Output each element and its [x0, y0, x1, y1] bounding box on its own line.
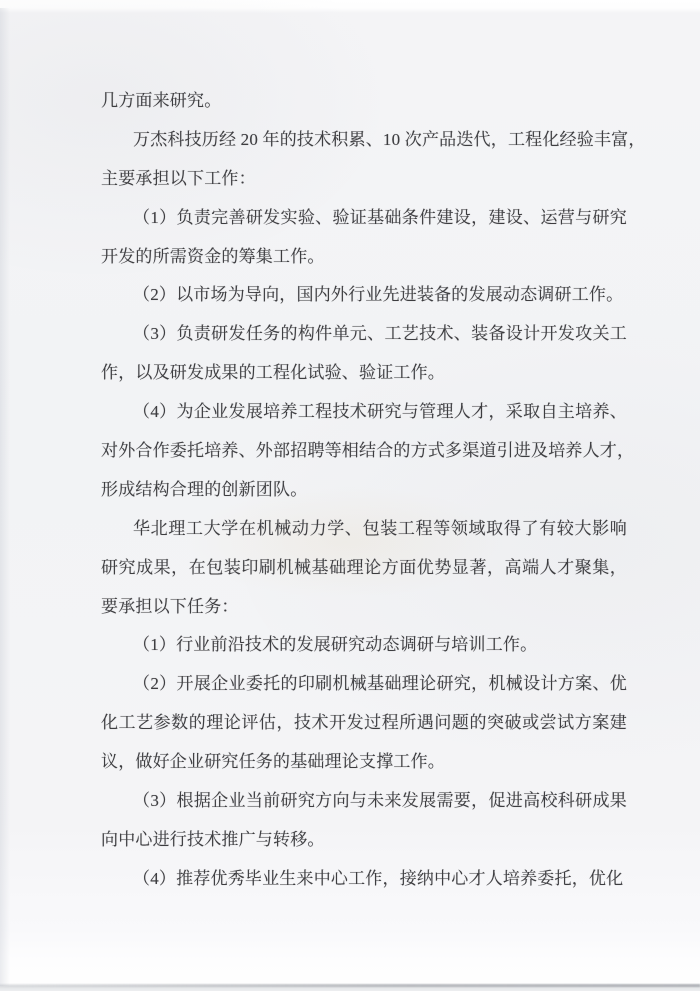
- paper-left-edge-shadow: [0, 8, 10, 986]
- paper-bottom-edge-shadow: [0, 984, 700, 987]
- text-line: 化工艺参数的理论评估，技术开发过程所遇问题的突破或尝试方案建: [101, 704, 627, 743]
- text-line: 研究成果，在包装印刷机械基础理论方面优势显著，高端人才聚集，主: [101, 549, 627, 588]
- text-line: 开发的所需资金的筹集工作。: [101, 238, 627, 277]
- text-line: （4）为企业发展培养工程技术研究与管理人才，采取自主培养、: [101, 393, 627, 432]
- text-line: 万杰科技历经 20 年的技术积累、10 次产品迭代，工程化经验丰富，: [101, 121, 627, 160]
- text-line: 主要承担以下工作：: [101, 160, 627, 199]
- text-line: 形成结构合理的创新团队。: [101, 471, 627, 510]
- text-line: （3）负责研发任务的构件单元、工艺技术、装备设计开发攻关工: [101, 315, 627, 354]
- text-line: （4）推荐优秀毕业生来中心工作，接纳中心才人培养委托，优化: [101, 860, 627, 899]
- text-line: 向中心进行技术推广与转移。: [101, 821, 627, 860]
- text-line: 议，做好企业研究任务的基础理论支撑工作。: [101, 743, 627, 782]
- text-line: （1）负责完善研发实验、验证基础条件建设，建设、运营与研究: [101, 199, 627, 238]
- text-line: 几方面来研究。: [101, 82, 627, 121]
- text-line: 作，以及研发成果的工程化试验、验证工作。: [101, 354, 627, 393]
- text-line: 华北理工大学在机械动力学、包装工程等领域取得了有较大影响的: [101, 510, 627, 549]
- text-line: （1）行业前沿技术的发展研究动态调研与培训工作。: [101, 626, 627, 665]
- text-line: 对外合作委托培养、外部招聘等相结合的方式多渠道引进及培养人才，: [101, 432, 627, 471]
- scanned-document-page: 几方面来研究。 万杰科技历经 20 年的技术积累、10 次产品迭代，工程化经验丰…: [0, 0, 700, 991]
- text-line: （3）根据企业当前研究方向与未来发展需要，促进高校科研成果: [101, 782, 627, 821]
- text-line: （2）以市场为导向，国内外行业先进装备的发展动态调研工作。: [101, 276, 627, 315]
- document-text: 几方面来研究。 万杰科技历经 20 年的技术积累、10 次产品迭代，工程化经验丰…: [101, 82, 627, 899]
- text-line: 要承担以下任务：: [101, 588, 627, 627]
- text-line: （2）开展企业委托的印刷机械基础理论研究，机械设计方案、优: [101, 665, 627, 704]
